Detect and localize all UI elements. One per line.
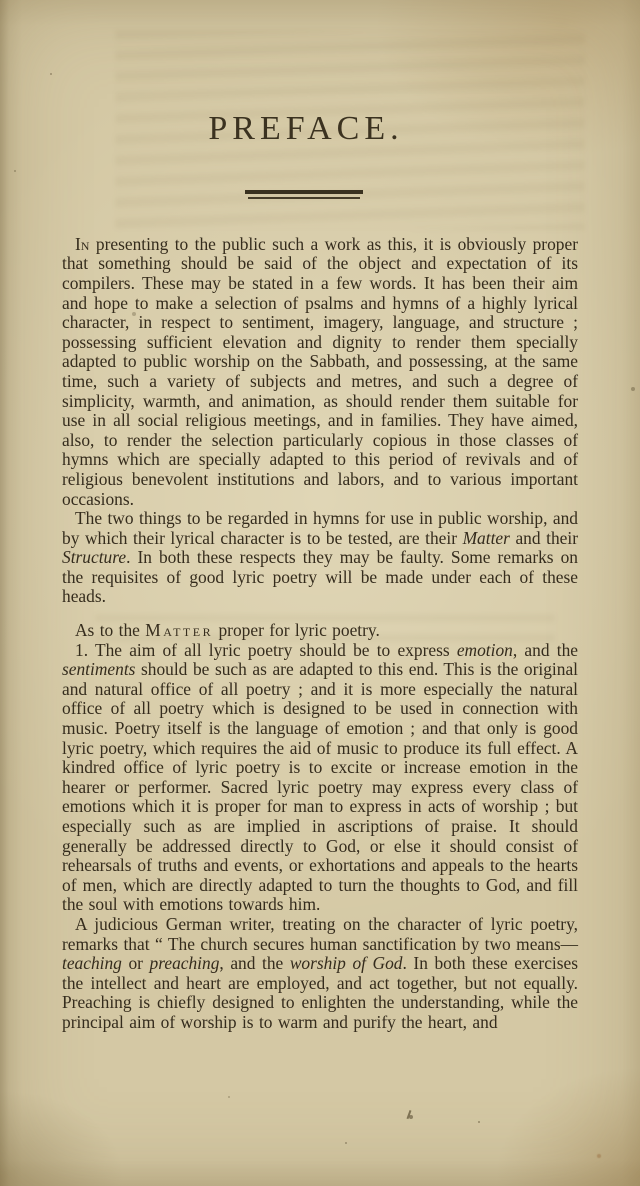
text-segment: , and the <box>219 953 289 973</box>
text-segment: Matter <box>145 620 213 640</box>
paragraph: 1. The aim of all lyric poetry should be… <box>62 641 578 915</box>
text-segment: In <box>75 234 89 254</box>
page-title: PREFACE. <box>0 0 626 148</box>
text-segment: Structure <box>62 547 126 567</box>
text-segment: or <box>122 953 150 973</box>
text-segment: teaching <box>62 953 122 973</box>
title-divider <box>0 190 624 199</box>
text-segment: proper for lyric poetry. <box>213 620 380 640</box>
text-segment: should be such as are adapted to this en… <box>62 659 578 914</box>
text-segment: . In both these respects they may be fau… <box>62 547 578 606</box>
paragraph: The two things to be regarded in hymns f… <box>62 509 578 607</box>
ink-mark <box>407 1110 411 1119</box>
text-segment: Matter <box>463 528 510 548</box>
text-segment: A judicious German writer, treating on t… <box>62 914 578 954</box>
text-segment: preaching <box>150 953 220 973</box>
text-segment: sentiments <box>62 659 135 679</box>
text-segment: and their <box>510 528 578 548</box>
paragraph: In presenting to the public such a work … <box>62 235 578 509</box>
text-segment: emotion <box>457 640 513 660</box>
paragraph: As to the Matter proper for lyric poetry… <box>62 621 578 641</box>
divider-thick-rule <box>245 190 363 194</box>
text-segment: 1. The aim of all lyric poetry should be… <box>75 640 457 660</box>
paragraph: A judicious German writer, treating on t… <box>62 915 578 1033</box>
divider-thin-rule <box>248 197 360 199</box>
text-segment: worship of God <box>290 953 403 973</box>
text-segment: , and the <box>513 640 578 660</box>
scanned-book-page: PREFACE. In presenting to the public suc… <box>0 0 640 1186</box>
text-segment: presenting to the public such a work as … <box>62 234 578 509</box>
text-segment: As to the <box>75 620 145 640</box>
preface-body: In presenting to the public such a work … <box>62 235 578 1033</box>
